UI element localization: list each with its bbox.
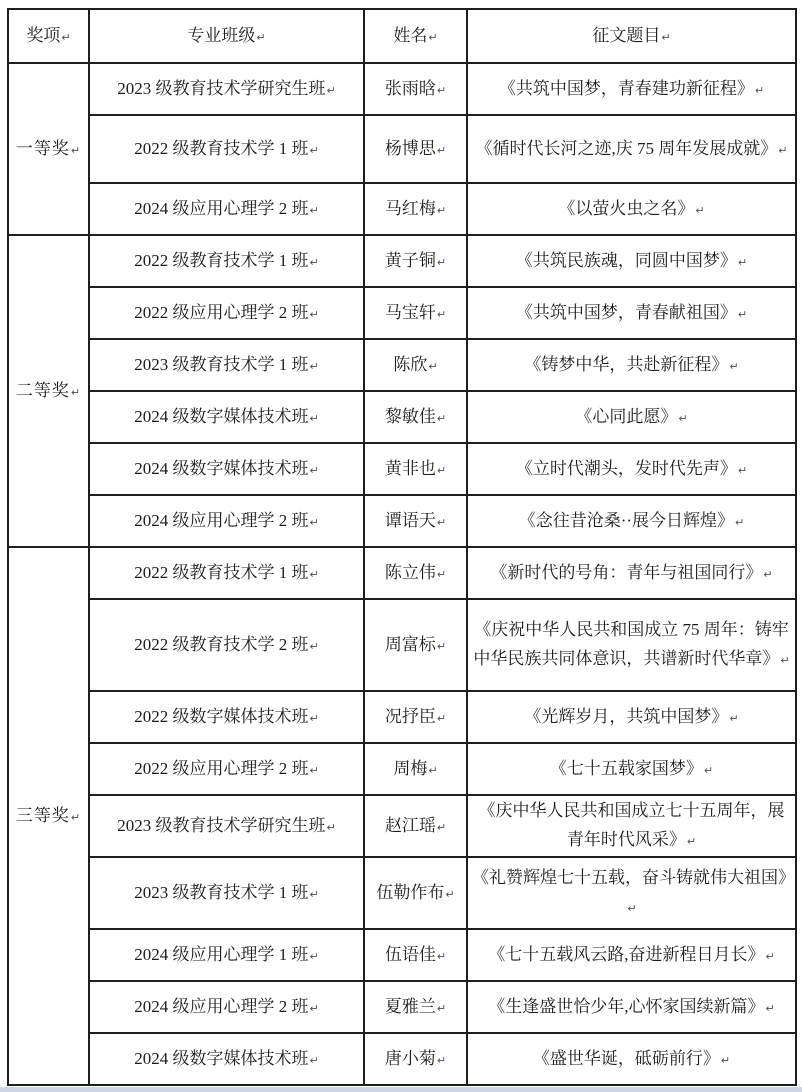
class-cell: 2024 级数字媒体技术班↵ bbox=[89, 443, 364, 495]
name-cell: 黎敏佳↵ bbox=[364, 391, 467, 443]
paragraph-mark: ↵ bbox=[310, 888, 319, 901]
paragraph-mark: ↵ bbox=[310, 712, 319, 725]
class-cell: 2024 级应用心理学 1 班↵ bbox=[89, 929, 364, 981]
title-cell-text: 《心同此愿》 bbox=[575, 407, 677, 426]
paragraph-mark: ↵ bbox=[437, 712, 446, 725]
title-cell-text: 《念往昔沧桑··展今日辉煌》 bbox=[519, 511, 734, 530]
paragraph-mark: ↵ bbox=[71, 386, 81, 399]
header-award-label: 奖项 bbox=[26, 26, 60, 45]
paragraph-mark: ↵ bbox=[310, 308, 319, 321]
class-cell: 2023 级教育技术学研究生班↵ bbox=[89, 63, 364, 115]
name-cell-text: 黎敏佳 bbox=[385, 407, 436, 426]
name-cell-text: 黄子铜 bbox=[385, 251, 436, 270]
paragraph-mark: ↵ bbox=[780, 654, 789, 667]
title-cell-text: 《共筑中国梦，青春献祖国》 bbox=[516, 303, 737, 322]
title-cell: 《循时代长河之迹,庆 75 周年发展成就》↵ bbox=[467, 115, 796, 183]
table-row: 2024 级应用心理学 1 班↵伍语佳↵《七十五载风云路,奋进新程日月长》↵ bbox=[8, 929, 796, 981]
name-cell: 伍勒作布↵ bbox=[364, 857, 467, 929]
name-cell-text: 谭语天 bbox=[385, 511, 436, 530]
class-cell-text: 2022 级数字媒体技术班 bbox=[134, 707, 308, 726]
class-cell: 2023 级教育技术学 1 班↵ bbox=[89, 857, 364, 929]
name-cell: 马红梅↵ bbox=[364, 183, 467, 235]
title-cell-text: 《光辉岁月，共筑中国梦》 bbox=[524, 707, 728, 726]
table-row: 2024 级数字媒体技术班↵唐小菊↵《盛世华诞，砥砺前行》↵ bbox=[8, 1033, 796, 1085]
title-cell: 《念往昔沧桑··展今日辉煌》↵ bbox=[467, 495, 796, 547]
name-cell-text: 黄非也 bbox=[385, 459, 436, 478]
paragraph-mark: ↵ bbox=[437, 1002, 446, 1015]
name-cell: 周富标↵ bbox=[364, 599, 467, 691]
paragraph-mark: ↵ bbox=[729, 712, 738, 725]
paragraph-mark: ↵ bbox=[310, 412, 319, 425]
title-cell: 《心同此愿》↵ bbox=[467, 391, 796, 443]
paragraph-mark: ↵ bbox=[428, 764, 437, 777]
header-class-label: 专业班级 bbox=[187, 26, 255, 45]
title-cell: 《庆中华人民共和国成立七十五周年，展青年时代风采》↵ bbox=[467, 795, 796, 857]
table-row: 二等奖↵2022 级教育技术学 1 班↵黄子铜↵《共筑民族魂，同圆中国梦》↵ bbox=[8, 235, 796, 287]
paragraph-mark: ↵ bbox=[310, 1002, 319, 1015]
name-cell-text: 况抒臣 bbox=[385, 707, 436, 726]
paragraph-mark: ↵ bbox=[437, 950, 446, 963]
class-cell-text: 2023 级教育技术学研究生班 bbox=[117, 816, 325, 835]
class-cell-text: 2022 级教育技术学 1 班 bbox=[134, 251, 308, 270]
class-cell-text: 2022 级教育技术学 1 班 bbox=[134, 563, 308, 582]
award-table: 奖项↵ 专业班级↵ 姓名↵ 征文题目↵ 一等奖↵2023 级教育技术学研究生班↵… bbox=[7, 8, 797, 1086]
paragraph-mark: ↵ bbox=[310, 144, 319, 157]
class-cell: 2022 级应用心理学 2 班↵ bbox=[89, 743, 364, 795]
name-cell: 陈立伟↵ bbox=[364, 547, 467, 599]
class-cell-text: 2022 级应用心理学 2 班 bbox=[134, 759, 308, 778]
paragraph-mark: ↵ bbox=[738, 256, 747, 269]
award-cell-text: 三等奖 bbox=[16, 806, 70, 825]
paragraph-mark: ↵ bbox=[729, 360, 738, 373]
name-cell-text: 伍勒作布 bbox=[376, 883, 444, 902]
class-cell: 2024 级应用心理学 2 班↵ bbox=[89, 981, 364, 1033]
class-cell: 2022 级教育技术学 2 班↵ bbox=[89, 599, 364, 691]
paragraph-mark: ↵ bbox=[437, 412, 446, 425]
name-cell: 张雨晗↵ bbox=[364, 63, 467, 115]
class-cell-text: 2022 级教育技术学 2 班 bbox=[134, 635, 308, 654]
class-cell-text: 2024 级数字媒体技术班 bbox=[134, 1049, 308, 1068]
header-class: 专业班级↵ bbox=[89, 9, 364, 63]
paragraph-mark: ↵ bbox=[437, 144, 446, 157]
name-cell: 马宝轩↵ bbox=[364, 287, 467, 339]
award-cell-text: 一等奖 bbox=[16, 139, 70, 158]
class-cell-text: 2023 级教育技术学 1 班 bbox=[134, 883, 308, 902]
name-cell: 赵江瑶↵ bbox=[364, 795, 467, 857]
title-cell: 《生逢盛世恰少年,心怀家国续新篇》↵ bbox=[467, 981, 796, 1033]
class-cell: 2022 级教育技术学 1 班↵ bbox=[89, 547, 364, 599]
table-row: 2023 级教育技术学 1 班↵陈欣↵《铸梦中华，共赴新征程》↵ bbox=[8, 339, 796, 391]
paragraph-mark: ↵ bbox=[721, 1054, 730, 1067]
name-cell: 黄非也↵ bbox=[364, 443, 467, 495]
paragraph-mark: ↵ bbox=[437, 516, 446, 529]
class-cell: 2022 级数字媒体技术班↵ bbox=[89, 691, 364, 743]
title-cell-text: 《新时代的号角：青年与祖国同行》 bbox=[490, 563, 762, 582]
title-cell-text: 《七十五载风云路,奋进新程日月长》 bbox=[488, 945, 764, 964]
paragraph-mark: ↵ bbox=[695, 204, 704, 217]
name-cell-text: 伍语佳 bbox=[385, 945, 436, 964]
name-cell: 唐小菊↵ bbox=[364, 1033, 467, 1085]
paragraph-mark: ↵ bbox=[310, 360, 319, 373]
paragraph-mark: ↵ bbox=[704, 764, 713, 777]
class-cell-text: 2024 级应用心理学 2 班 bbox=[134, 511, 308, 530]
paragraph-mark: ↵ bbox=[738, 308, 747, 321]
paragraph-mark: ↵ bbox=[738, 464, 747, 477]
name-cell: 谭语天↵ bbox=[364, 495, 467, 547]
paragraph-mark: ↵ bbox=[437, 308, 446, 321]
table-row: 2024 级应用心理学 2 班↵夏雅兰↵《生逢盛世恰少年,心怀家国续新篇》↵ bbox=[8, 981, 796, 1033]
paragraph-mark: ↵ bbox=[687, 835, 696, 848]
table-row: 2022 级数字媒体技术班↵况抒臣↵《光辉岁月，共筑中国梦》↵ bbox=[8, 691, 796, 743]
title-cell: 《立时代潮头，发时代先声》↵ bbox=[467, 443, 796, 495]
paragraph-mark: ↵ bbox=[310, 204, 319, 217]
title-cell-text: 《庆祝中华人民共和国成立 75 周年：铸牢中华民族共同体意识，共谱新时代华章》 bbox=[473, 620, 788, 668]
name-cell-text: 赵江瑶 bbox=[385, 816, 436, 835]
paragraph-mark: ↵ bbox=[310, 764, 319, 777]
name-cell-text: 陈欣 bbox=[393, 355, 427, 374]
table-row: 2023 级教育技术学研究生班↵赵江瑶↵《庆中华人民共和国成立七十五周年，展青年… bbox=[8, 795, 796, 857]
paragraph-mark: ↵ bbox=[766, 950, 775, 963]
paragraph-mark: ↵ bbox=[437, 204, 446, 217]
paragraph-mark: ↵ bbox=[763, 568, 772, 581]
name-cell: 陈欣↵ bbox=[364, 339, 467, 391]
paragraph-mark: ↵ bbox=[256, 31, 265, 44]
title-cell-text: 《铸梦中华，共赴新征程》 bbox=[524, 355, 728, 374]
paragraph-mark: ↵ bbox=[735, 516, 744, 529]
table-row: 2023 级教育技术学 1 班↵伍勒作布↵《礼赞辉煌七十五载，奋斗铸就伟大祖国》… bbox=[8, 857, 796, 929]
class-cell: 2024 级数字媒体技术班↵ bbox=[89, 1033, 364, 1085]
title-cell-text: 《生逢盛世恰少年,心怀家国续新篇》 bbox=[488, 997, 764, 1016]
paragraph-mark: ↵ bbox=[627, 902, 636, 915]
class-cell: 2022 级教育技术学 1 班↵ bbox=[89, 115, 364, 183]
paragraph-mark: ↵ bbox=[310, 516, 319, 529]
title-cell: 《礼赞辉煌七十五载，奋斗铸就伟大祖国》↵ bbox=[467, 857, 796, 929]
paragraph-mark: ↵ bbox=[310, 464, 319, 477]
class-cell-text: 2022 级教育技术学 1 班 bbox=[134, 139, 308, 158]
paragraph-mark: ↵ bbox=[766, 1002, 775, 1015]
paragraph-mark: ↵ bbox=[327, 821, 336, 834]
title-cell: 《铸梦中华，共赴新征程》↵ bbox=[467, 339, 796, 391]
paragraph-mark: ↵ bbox=[428, 360, 437, 373]
name-cell-text: 马宝轩 bbox=[385, 303, 436, 322]
name-cell: 周梅↵ bbox=[364, 743, 467, 795]
title-cell: 《共筑民族魂，同圆中国梦》↵ bbox=[467, 235, 796, 287]
class-cell: 2022 级教育技术学 1 班↵ bbox=[89, 235, 364, 287]
title-cell-text: 《盛世华诞，砥砺前行》 bbox=[533, 1049, 720, 1068]
header-name-label: 姓名 bbox=[393, 26, 427, 45]
table-row: 三等奖↵2022 级教育技术学 1 班↵陈立伟↵《新时代的号角：青年与祖国同行》… bbox=[8, 547, 796, 599]
title-cell-text: 《礼赞辉煌七十五载，奋斗铸就伟大祖国》 bbox=[472, 868, 795, 887]
title-cell: 《盛世华诞，砥砺前行》↵ bbox=[467, 1033, 796, 1085]
name-cell-text: 周富标 bbox=[385, 635, 436, 654]
name-cell-text: 杨博思 bbox=[385, 139, 436, 158]
name-cell: 伍语佳↵ bbox=[364, 929, 467, 981]
class-cell-text: 2023 级教育技术学研究生班 bbox=[117, 79, 325, 98]
paragraph-mark: ↵ bbox=[310, 568, 319, 581]
table-row: 2022 级教育技术学 2 班↵周富标↵《庆祝中华人民共和国成立 75 周年：铸… bbox=[8, 599, 796, 691]
name-cell: 黄子铜↵ bbox=[364, 235, 467, 287]
name-cell: 况抒臣↵ bbox=[364, 691, 467, 743]
title-cell-text: 《立时代潮头，发时代先声》 bbox=[516, 459, 737, 478]
paragraph-mark: ↵ bbox=[310, 950, 319, 963]
class-cell-text: 2023 级教育技术学 1 班 bbox=[134, 355, 308, 374]
class-cell: 2022 级应用心理学 2 班↵ bbox=[89, 287, 364, 339]
page-bottom-edge bbox=[0, 1087, 802, 1092]
header-title-label: 征文题目 bbox=[592, 26, 660, 45]
class-cell-text: 2024 级数字媒体技术班 bbox=[134, 407, 308, 426]
paragraph-mark: ↵ bbox=[755, 84, 764, 97]
name-cell-text: 陈立伟 bbox=[385, 563, 436, 582]
table-row: 2022 级教育技术学 1 班↵杨博思↵《循时代长河之迹,庆 75 周年发展成就… bbox=[8, 115, 796, 183]
award-cell-text: 二等奖 bbox=[16, 381, 70, 400]
paragraph-mark: ↵ bbox=[437, 84, 446, 97]
title-cell: 《以萤火虫之名》↵ bbox=[467, 183, 796, 235]
name-cell-text: 周梅 bbox=[393, 759, 427, 778]
class-cell-text: 2024 级应用心理学 2 班 bbox=[134, 997, 308, 1016]
paragraph-mark: ↵ bbox=[661, 31, 670, 44]
paragraph-mark: ↵ bbox=[437, 821, 446, 834]
title-cell: 《光辉岁月，共筑中国梦》↵ bbox=[467, 691, 796, 743]
paragraph-mark: ↵ bbox=[445, 888, 454, 901]
table-row: 2024 级应用心理学 2 班↵谭语天↵《念往昔沧桑··展今日辉煌》↵ bbox=[8, 495, 796, 547]
paragraph-mark: ↵ bbox=[437, 256, 446, 269]
table-body: 一等奖↵2023 级教育技术学研究生班↵张雨晗↵《共筑中国梦，青春建功新征程》↵… bbox=[8, 63, 796, 1085]
title-cell: 《庆祝中华人民共和国成立 75 周年：铸牢中华民族共同体意识，共谱新时代华章》↵ bbox=[467, 599, 796, 691]
title-cell-text: 《以萤火虫之名》 bbox=[558, 199, 694, 218]
paragraph-mark: ↵ bbox=[437, 1054, 446, 1067]
table-row: 2024 级数字媒体技术班↵黎敏佳↵《心同此愿》↵ bbox=[8, 391, 796, 443]
paragraph-mark: ↵ bbox=[310, 1054, 319, 1067]
paragraph-mark: ↵ bbox=[310, 640, 319, 653]
class-cell: 2023 级教育技术学 1 班↵ bbox=[89, 339, 364, 391]
table-row: 2022 级应用心理学 2 班↵马宝轩↵《共筑中国梦，青春献祖国》↵ bbox=[8, 287, 796, 339]
award-cell: 一等奖↵ bbox=[8, 63, 89, 235]
class-cell: 2024 级数字媒体技术班↵ bbox=[89, 391, 364, 443]
name-cell: 夏雅兰↵ bbox=[364, 981, 467, 1033]
paragraph-mark: ↵ bbox=[437, 640, 446, 653]
title-cell-text: 《共筑民族魂，同圆中国梦》 bbox=[516, 251, 737, 270]
name-cell: 杨博思↵ bbox=[364, 115, 467, 183]
title-cell-text: 《七十五载家国梦》 bbox=[550, 759, 703, 778]
name-cell-text: 张雨晗 bbox=[385, 79, 436, 98]
header-name: 姓名↵ bbox=[364, 9, 467, 63]
title-cell: 《共筑中国梦，青春建功新征程》↵ bbox=[467, 63, 796, 115]
title-cell-text: 《共筑中国梦，青春建功新征程》 bbox=[499, 79, 754, 98]
paragraph-mark: ↵ bbox=[428, 31, 437, 44]
table-row: 一等奖↵2023 级教育技术学研究生班↵张雨晗↵《共筑中国梦，青春建功新征程》↵ bbox=[8, 63, 796, 115]
award-cell: 二等奖↵ bbox=[8, 235, 89, 547]
table-row: 2024 级应用心理学 2 班↵马红梅↵《以萤火虫之名》↵ bbox=[8, 183, 796, 235]
class-cell-text: 2024 级应用心理学 1 班 bbox=[134, 945, 308, 964]
paragraph-mark: ↵ bbox=[310, 256, 319, 269]
name-cell-text: 夏雅兰 bbox=[385, 997, 436, 1016]
paragraph-mark: ↵ bbox=[71, 811, 81, 824]
class-cell: 2024 级应用心理学 2 班↵ bbox=[89, 183, 364, 235]
title-cell: 《七十五载家国梦》↵ bbox=[467, 743, 796, 795]
class-cell: 2023 级教育技术学研究生班↵ bbox=[89, 795, 364, 857]
name-cell-text: 唐小菊 bbox=[385, 1049, 436, 1068]
title-cell: 《共筑中国梦，青春献祖国》↵ bbox=[467, 287, 796, 339]
table-row: 2024 级数字媒体技术班↵黄非也↵《立时代潮头，发时代先声》↵ bbox=[8, 443, 796, 495]
paragraph-mark: ↵ bbox=[437, 464, 446, 477]
title-cell-text: 《庆中华人民共和国成立七十五周年，展青年时代风采》 bbox=[479, 801, 785, 849]
class-cell-text: 2024 级数字媒体技术班 bbox=[134, 459, 308, 478]
paragraph-mark: ↵ bbox=[61, 31, 70, 44]
paragraph-mark: ↵ bbox=[71, 144, 81, 157]
award-cell: 三等奖↵ bbox=[8, 547, 89, 1085]
name-cell-text: 马红梅 bbox=[385, 199, 436, 218]
header-row: 奖项↵ 专业班级↵ 姓名↵ 征文题目↵ bbox=[8, 9, 796, 63]
table-row: 2022 级应用心理学 2 班↵周梅↵《七十五载家国梦》↵ bbox=[8, 743, 796, 795]
paragraph-mark: ↵ bbox=[778, 144, 787, 157]
title-cell: 《七十五载风云路,奋进新程日月长》↵ bbox=[467, 929, 796, 981]
title-cell-text: 《循时代长河之迹,庆 75 周年发展成就》 bbox=[476, 139, 778, 158]
class-cell-text: 2022 级应用心理学 2 班 bbox=[134, 303, 308, 322]
title-cell: 《新时代的号角：青年与祖国同行》↵ bbox=[467, 547, 796, 599]
class-cell: 2024 级应用心理学 2 班↵ bbox=[89, 495, 364, 547]
header-award: 奖项↵ bbox=[8, 9, 89, 63]
paragraph-mark: ↵ bbox=[437, 568, 446, 581]
class-cell-text: 2024 级应用心理学 2 班 bbox=[134, 199, 308, 218]
paragraph-mark: ↵ bbox=[327, 84, 336, 97]
header-title: 征文题目↵ bbox=[467, 9, 796, 63]
paragraph-mark: ↵ bbox=[678, 412, 687, 425]
